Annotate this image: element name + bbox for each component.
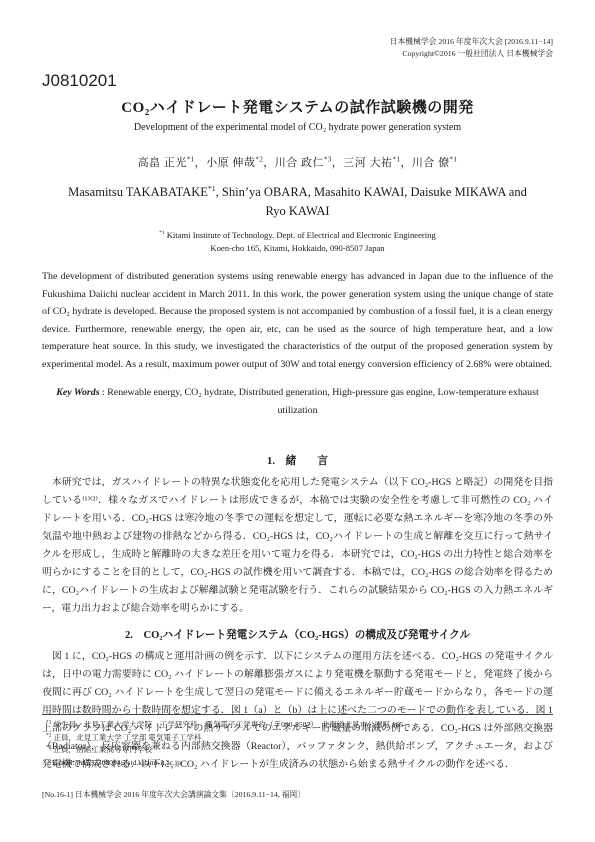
section-2-heading: 2. CO₂ハイドレート発電システム（CO₂-HGS）の構成及び発電サイクル <box>42 627 553 642</box>
affiliation-line-1: *1 Kitami Institute of Technology. Dept.… <box>42 229 553 242</box>
footnotes-block: *1 学生員，北見工業大学大学院 工学研究科 電気電子工学専攻（〒090-850… <box>42 714 553 769</box>
author-jp: 三河 大祐 <box>343 157 392 169</box>
author-jp: 高畠 正光 <box>138 157 187 169</box>
author-jp: 川合 政仁 <box>275 157 324 169</box>
authors-en-rest: , Shin’ya OBARA, Masahito KAWAI, Daisuke… <box>216 185 527 217</box>
affiliation-name: Kitami Institute of Technology. Dept. of… <box>165 230 436 240</box>
paper-title-english: Development of the experimental model of… <box>42 122 553 133</box>
keywords-label: Key Words <box>56 387 99 398</box>
keywords-text: Renewable energy, CO₂ hydrate, Distribut… <box>107 387 539 416</box>
conference-header: 日本機械学会 2016 年度年次大会 [2016.9.11−14] Copyri… <box>42 36 553 59</box>
copyright-line: Copyright©2016 一般社団法人 日本機械学会 <box>42 48 553 60</box>
footnote-2: *2 正員，北見工業大学 工学部 電気電子工学科 <box>42 732 553 745</box>
conference-name-line: 日本機械学会 2016 年度年次大会 [2016.9.11−14] <box>42 36 553 48</box>
author-affiliation-mark: *1 <box>450 157 458 164</box>
footnote-text: 学生員，北見工業大学大学院 工学研究科 電気電子工学専攻（〒090-8507） … <box>51 720 403 729</box>
author-en-first: Masamitsu TAKABATAKE <box>68 185 208 199</box>
authors-english: Masamitsu TAKABATAKE*1, Shin’ya OBARA, M… <box>58 183 538 219</box>
author-separator: ， <box>263 157 275 169</box>
paper-page: 日本機械学会 2016 年度年次大会 [2016.9.11−14] Copyri… <box>0 0 595 842</box>
abstract-text: The development of distributed generatio… <box>42 268 553 373</box>
authors-japanese: 高畠 正光*1，小原 伸哉*2，川合 政仁*3，三河 大祐*1，川合 僚*1 <box>42 154 553 170</box>
author-jp: 小原 伸哉 <box>206 157 255 169</box>
author-jp: 川合 僚 <box>412 157 450 169</box>
contact-email: E-mail: m1552300094@std.kitami-it.ac.jp <box>42 757 553 770</box>
affiliation-line-2: Koen-cho 165, Kitami, Hokkaido, 090-8507… <box>42 242 553 255</box>
keywords-block: Key Words : Renewable energy, CO₂ hydrat… <box>42 384 553 419</box>
paper-id: J0810201 <box>42 71 553 91</box>
proceedings-footer: [No.16-1] 日本機械学会 2016 年度年次大会講演論文集〔2016.9… <box>42 789 305 800</box>
footnote-3: *3 正員，函館工業高等専門学校 <box>42 744 553 757</box>
footnote-text: 正員，北見工業大学 工学部 電気電子工学科 <box>51 733 201 742</box>
author-separator: ， <box>195 157 207 169</box>
author-separator: ， <box>400 157 412 169</box>
affiliation-block: *1 Kitami Institute of Technology. Dept.… <box>42 229 553 256</box>
author-affiliation-mark: *1 <box>187 157 195 164</box>
author-separator: ， <box>332 157 344 169</box>
footnote-1: *1 学生員，北見工業大学大学院 工学研究科 電気電子工学専攻（〒090-850… <box>42 719 553 732</box>
paper-title-japanese: CO₂ハイドレート発電システムの試作試験機の開発 <box>42 96 553 117</box>
section-1-heading: 1. 緒 言 <box>42 453 553 468</box>
section-1-body: 本研究では，ガスハイドレートの特異な状態変化を応用した発電システム（以下 CO₂… <box>42 474 553 618</box>
footnote-text: 正員，函館工業高等専門学校 <box>51 745 152 754</box>
author-affiliation-mark: *3 <box>324 157 332 164</box>
author-affiliation-mark: *1 <box>208 184 216 193</box>
